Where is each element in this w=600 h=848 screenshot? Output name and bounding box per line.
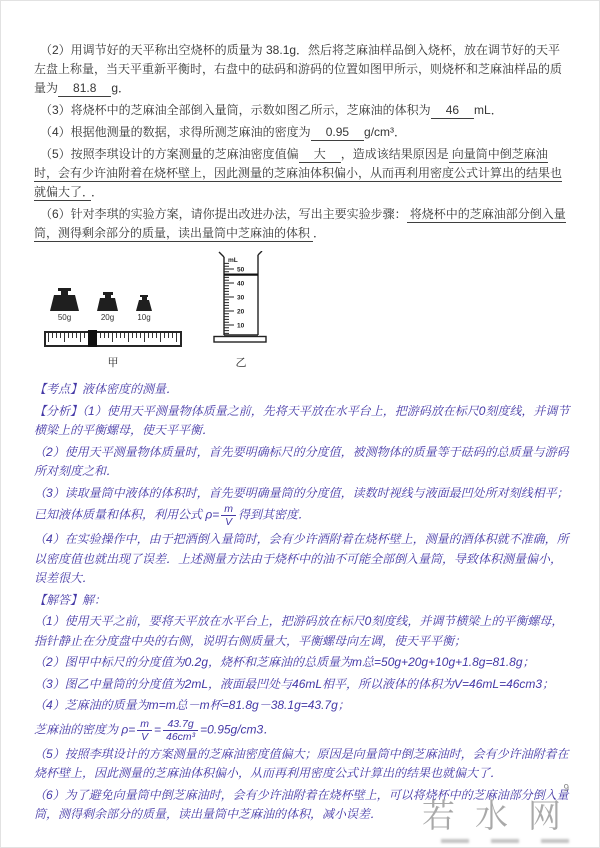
- q3-answer-blank: 46: [431, 103, 474, 119]
- tick-label-30: 30: [237, 294, 245, 301]
- rider-icon: [88, 330, 97, 347]
- q4-text: （4）根据他测量的数据，求得所测芝麻油的密度为: [40, 125, 311, 139]
- q3-text: （3）将烧杯中的芝麻油全部倒入量筒，示数如图乙所示，芝麻油的体积为: [40, 103, 431, 117]
- jieda-s5: （5）按照李琪设计的方案测量的芝麻油密度值偏大；原因是向量筒中倒芝麻油时，会有少…: [34, 745, 571, 784]
- q5-answer1-blank: 大: [299, 147, 341, 163]
- q2-answer-blank: 81.8: [58, 81, 111, 97]
- tick-label-20: 20: [237, 308, 245, 315]
- fenxi-p1: 【分析】（1）使用天平测量物体质量之前，先将天平放在水平台上，把游码放在标尺0刻…: [34, 402, 571, 441]
- question-item-5: （5）按照李琪设计的方案测量的芝麻油密度值偏大，造成该结果原因是向量筒中倒芝麻油…: [34, 145, 571, 202]
- q5-text: （5）按照李琪设计的方案测量的芝麻油密度值偏: [40, 147, 299, 161]
- q4-unit: g/cm³．: [364, 125, 406, 139]
- fraction-437g-over-46cm3: 43.7g46cm³: [163, 718, 198, 743]
- cylinder-figure: mL 50 40 30 20 10 乙: [208, 251, 274, 370]
- solution-section: 【考点】液体密度的测量． 【分析】（1）使用天平测量物体质量之前，先将天平放在水…: [34, 380, 571, 825]
- fenxi-p1-text: （1）使用天平测量物体质量之前，先将天平放在水平台上，把游码放在标尺0刻度线，并…: [34, 404, 569, 438]
- balance-figure: 50g 20g 10g 甲: [44, 288, 182, 370]
- tick-label-40: 40: [237, 280, 245, 287]
- document-page: （2）用调节好的天平称出空烧杯的质量为 38.1g．然后将芝麻油样品倒入烧杯，放…: [0, 0, 600, 848]
- weights-group: 50g 20g 10g: [44, 288, 182, 331]
- weight-10g-icon: 10g: [136, 295, 152, 322]
- kaodian-label: 【考点】: [34, 382, 82, 396]
- weight-20g-icon: 20g: [97, 292, 118, 322]
- question-item-2: （2）用调节好的天平称出空烧杯的质量为 38.1g．然后将芝麻油样品倒入烧杯，放…: [34, 41, 571, 98]
- question-item-3: （3）将烧杯中的芝麻油全部倒入量筒，示数如图乙所示，芝麻油的体积为46mL．: [34, 101, 571, 120]
- balance-beam-ruler-icon: [44, 331, 182, 347]
- jieda-s4: （4）芝麻油的质量为m=m总－m杯=81.8g－38.1g=43.7g；: [34, 696, 571, 716]
- q5-mid-text: ，造成该结果原因是: [341, 147, 449, 161]
- question-item-4: （4）根据他测量的数据，求得所测芝麻油的密度为0.95g/cm³．: [34, 123, 571, 142]
- weight-label: 10g: [137, 313, 150, 322]
- figure-label-yi: 乙: [236, 354, 247, 370]
- q6-end: ．: [313, 226, 325, 240]
- density-equation-line: 芝麻油的密度为 ρ=mV=43.7g46cm³=0.95g/cm3．: [34, 718, 571, 743]
- measuring-cylinder-icon: mL 50 40 30 20 10: [208, 251, 274, 347]
- q4-answer-blank: 0.95: [311, 125, 364, 141]
- equals-sign: =: [154, 722, 161, 736]
- q5-end: ．: [91, 185, 103, 199]
- cylinder-unit-label: mL: [228, 257, 238, 264]
- q6-text: （6）针对李琪的实验方案，请你提出改进办法，写出主要实验步骤：: [40, 207, 407, 221]
- weight-label: 50g: [58, 313, 71, 322]
- jieda-s3: （3）图乙中量筒的分度值为2mL，液面最凹处与46mL相平，所以液体的体积为V=…: [34, 675, 571, 695]
- weight-label: 20g: [101, 313, 114, 322]
- fraction-m-over-v: mV: [221, 503, 236, 528]
- jieda-intro: 解：: [82, 593, 106, 607]
- q3-unit: mL．: [474, 103, 503, 117]
- fenxi-p3: （3）读取量筒中液体的体积时，首先要明确量筒的分度值，读数时视线与液面最凹处所对…: [34, 484, 571, 529]
- density-result: =0.95g/cm3．: [200, 722, 275, 736]
- fenxi-p4: （4）在实验操作中，由于把酒倒入量筒时，会有少许酒附着在烧杯壁上，测量的酒体积就…: [34, 530, 571, 589]
- jieda-s1: （1）使用天平之前，要将天平放在水平台上，把游码放在标尺0刻度线，并调节横梁上的…: [34, 612, 571, 651]
- density-pre: 芝麻油的密度为 ρ=: [34, 722, 135, 736]
- apparatus-figure: 50g 20g 10g 甲: [44, 251, 571, 370]
- figure-label-jia: 甲: [44, 354, 182, 370]
- jieda-line: 【解答】解：: [34, 591, 571, 611]
- watermark: 若水网: [422, 790, 581, 837]
- tick-label-10: 10: [237, 322, 245, 329]
- kaodian-text: 液体密度的测量．: [82, 382, 178, 396]
- jieda-s2: （2）图甲中标尺的分度值为0.2g，烧杯和芝麻油的总质量为m总=50g+20g+…: [34, 653, 571, 673]
- q2-unit: g．: [111, 81, 130, 95]
- fraction-m-over-v: mV: [137, 718, 152, 743]
- fenxi-label: 【分析】: [34, 404, 82, 418]
- tick-label-50: 50: [237, 266, 245, 273]
- fenxi-p3-post: 得到其密度．: [238, 508, 310, 522]
- kaodian-line: 【考点】液体密度的测量．: [34, 380, 571, 400]
- watermark-subtext-bars: [441, 839, 569, 843]
- weight-50g-icon: 50g: [50, 288, 79, 322]
- question-section: （2）用调节好的天平称出空烧杯的质量为 38.1g．然后将芝麻油样品倒入烧杯，放…: [34, 41, 571, 243]
- fenxi-p2: （2）使用天平测量物体质量时，首先要明确标尺的分度值，被测物体的质量等于砝码的总…: [34, 443, 571, 482]
- question-item-6: （6）针对李琪的实验方案，请你提出改进办法，写出主要实验步骤：将烧杯中的芝麻油部…: [34, 205, 571, 243]
- jieda-label: 【解答】: [34, 593, 82, 607]
